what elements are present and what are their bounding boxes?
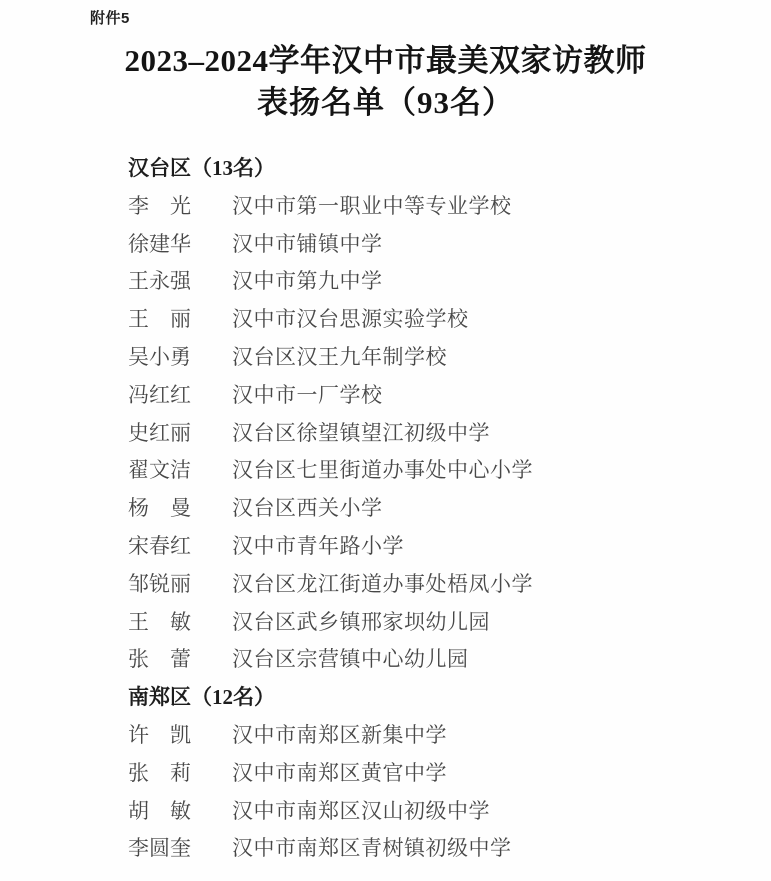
teacher-name: 吴小勇 <box>128 339 194 377</box>
teacher-name: 翟文洁 <box>128 452 194 490</box>
school-name: 汉中市南郑区黄官中学 <box>232 755 447 793</box>
teacher-name: 王 丽 <box>128 301 194 339</box>
teacher-name: 杨 曼 <box>128 490 194 528</box>
roster-row: 张 莉汉中市南郑区黄官中学 <box>128 755 688 793</box>
school-name: 汉中市一厂学校 <box>232 377 383 415</box>
roster-row: 翟文洁汉台区七里街道办事处中心小学 <box>128 452 688 490</box>
teacher-name: 张 莉 <box>128 755 194 793</box>
roster-row: 史红丽汉台区徐望镇望江初级中学 <box>128 415 688 453</box>
school-name: 汉中市铺镇中学 <box>232 226 383 264</box>
roster-row: 杨 曼汉台区西关小学 <box>128 490 688 528</box>
school-name: 汉台区武乡镇邢家坝幼儿园 <box>232 604 490 642</box>
school-name: 汉中市第九中学 <box>232 263 383 301</box>
document-page: 附件5 2023–2024学年汉中市最美双家访教师 表扬名单（93名） 汉台区（… <box>0 0 771 881</box>
roster-row: 张 蕾汉台区宗营镇中心幼儿园 <box>128 641 688 679</box>
teacher-name: 许 凯 <box>128 717 194 755</box>
school-name: 汉台区西关小学 <box>232 490 383 528</box>
roster: 汉台区（13名）李 光汉中市第一职业中等专业学校徐建华汉中市铺镇中学王永强汉中市… <box>128 150 688 868</box>
document-title-line1: 2023–2024学年汉中市最美双家访教师 <box>0 40 771 82</box>
school-name: 汉台区龙江街道办事处梧凤小学 <box>232 566 533 604</box>
document-title-line2: 表扬名单（93名） <box>0 82 771 124</box>
roster-row: 胡 敏汉中市南郑区汉山初级中学 <box>128 793 688 831</box>
roster-row: 冯红红汉中市一厂学校 <box>128 377 688 415</box>
roster-row: 李 光汉中市第一职业中等专业学校 <box>128 188 688 226</box>
teacher-name: 王永强 <box>128 263 194 301</box>
roster-row: 邹锐丽汉台区龙江街道办事处梧凤小学 <box>128 566 688 604</box>
teacher-name: 徐建华 <box>128 226 194 264</box>
school-name: 汉中市南郑区新集中学 <box>232 717 447 755</box>
teacher-name: 李圆奎 <box>128 830 194 868</box>
school-name: 汉中市青年路小学 <box>232 528 404 566</box>
roster-row: 许 凯汉中市南郑区新集中学 <box>128 717 688 755</box>
attachment-label: 附件5 <box>90 7 130 28</box>
roster-row: 宋春红汉中市青年路小学 <box>128 528 688 566</box>
school-name: 汉台区徐望镇望江初级中学 <box>232 415 490 453</box>
roster-row: 吴小勇汉台区汉王九年制学校 <box>128 339 688 377</box>
teacher-name: 张 蕾 <box>128 641 194 679</box>
document-title: 2023–2024学年汉中市最美双家访教师 表扬名单（93名） <box>0 40 771 124</box>
roster-row: 徐建华汉中市铺镇中学 <box>128 226 688 264</box>
roster-row: 李圆奎汉中市南郑区青树镇初级中学 <box>128 830 688 868</box>
section-header: 南郑区（12名） <box>128 679 688 717</box>
school-name: 汉台区宗营镇中心幼儿园 <box>232 641 469 679</box>
school-name: 汉中市南郑区汉山初级中学 <box>232 793 490 831</box>
roster-row: 王 敏汉台区武乡镇邢家坝幼儿园 <box>128 604 688 642</box>
teacher-name: 王 敏 <box>128 604 194 642</box>
school-name: 汉台区汉王九年制学校 <box>232 339 447 377</box>
school-name: 汉台区七里街道办事处中心小学 <box>232 452 533 490</box>
school-name: 汉中市汉台思源实验学校 <box>232 301 469 339</box>
school-name: 汉中市第一职业中等专业学校 <box>232 188 512 226</box>
roster-row: 王永强汉中市第九中学 <box>128 263 688 301</box>
teacher-name: 李 光 <box>128 188 194 226</box>
teacher-name: 冯红红 <box>128 377 194 415</box>
section-header: 汉台区（13名） <box>128 150 688 188</box>
roster-row: 王 丽汉中市汉台思源实验学校 <box>128 301 688 339</box>
teacher-name: 邹锐丽 <box>128 566 194 604</box>
school-name: 汉中市南郑区青树镇初级中学 <box>232 830 512 868</box>
teacher-name: 史红丽 <box>128 415 194 453</box>
teacher-name: 胡 敏 <box>128 793 194 831</box>
teacher-name: 宋春红 <box>128 528 194 566</box>
